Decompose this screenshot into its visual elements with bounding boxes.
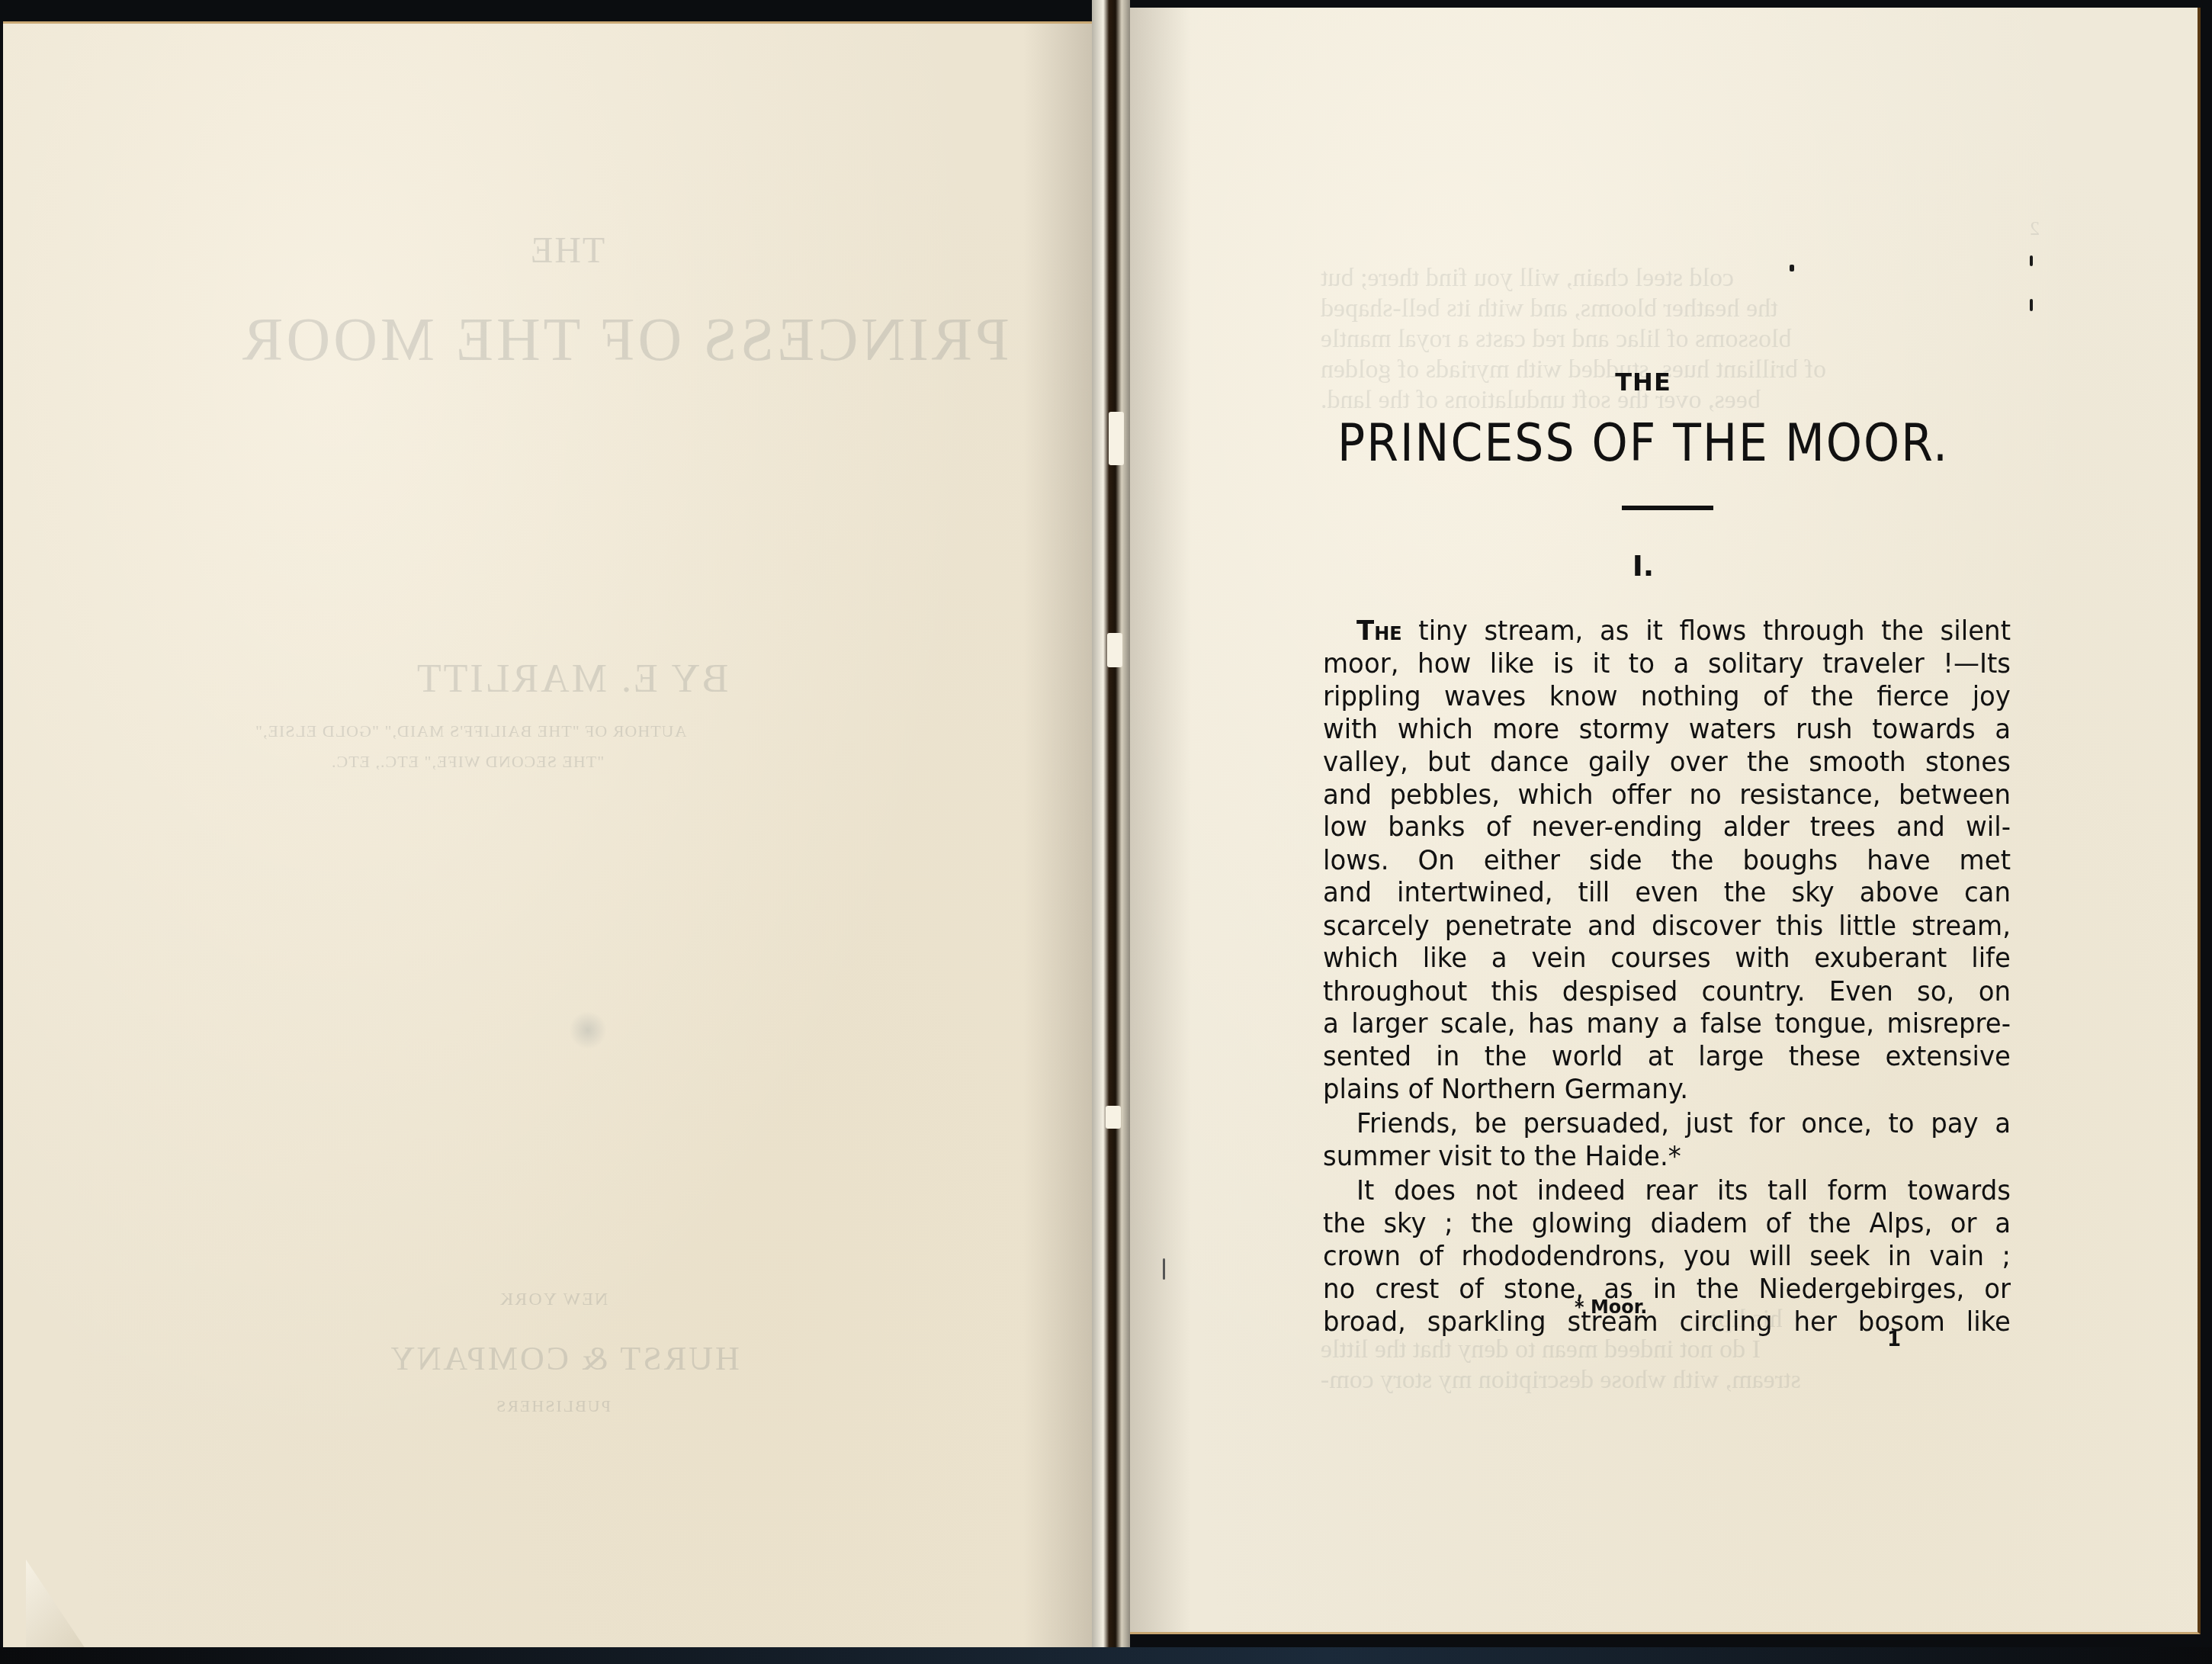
- body-line: a larger scale, has many a false tongue,…: [1323, 1007, 2011, 1040]
- body-line: crown of rhododendrons, you will seek in…: [1323, 1240, 2011, 1273]
- bleed-publisher-sub: PUBLISHERS: [495, 1396, 611, 1416]
- body-line: Friends, be persuaded, just for once, to…: [1323, 1107, 2011, 1140]
- paper-tear: [1107, 633, 1122, 667]
- ink-speck: [1163, 1258, 1165, 1280]
- ink-speck: [1790, 265, 1794, 271]
- ink-speck: [2030, 255, 2033, 266]
- chapter-number: I.: [1323, 549, 1963, 583]
- bleed-title-small: THE: [529, 230, 605, 271]
- folded-corner: [26, 1560, 87, 1651]
- body-line: The tiny stream, as it flows through the…: [1323, 615, 2011, 647]
- body-line: valley, but dance gaily over the smooth …: [1323, 746, 2011, 779]
- title-prefix: THE: [1323, 368, 1963, 397]
- body-line: scarcely penetrate and discover this lit…: [1323, 909, 2011, 942]
- footnote: * Moor.: [1575, 1296, 1647, 1318]
- bleed-author: BY E. MARLITT: [415, 657, 728, 702]
- bleed-credit-line-2: "THE SECOND WIFE," ETC., ETC.: [331, 752, 604, 772]
- body-line: no crest of stone, as in the Niedergebir…: [1323, 1273, 2011, 1306]
- body-line: which like a vein courses with exuberant…: [1323, 942, 2011, 975]
- body-line: and pebbles, which offer no resistance, …: [1323, 779, 2011, 811]
- paper-tear: [1109, 412, 1124, 465]
- bleed-page-number: 2: [2030, 214, 2040, 244]
- body-line: with which more stormy waters rush towar…: [1323, 713, 2011, 746]
- body-line: throughout this despised country. Even s…: [1323, 975, 2011, 1007]
- body-line: It does not indeed rear its tall form to…: [1323, 1174, 2011, 1207]
- body-line: sented in the world at large these exten…: [1323, 1040, 2011, 1073]
- chapter-body: The tiny stream, as it flows through the…: [1323, 615, 2011, 1338]
- body-line: rippling waves know nothing of the fierc…: [1323, 680, 2011, 713]
- book-gutter-spine: [1092, 0, 1130, 1664]
- left-page: THE PRINCESS OF THE MOOR BY E. MARLITT A…: [3, 21, 1092, 1651]
- bleed-line: blossoms of lilac and red casts a royal …: [1321, 324, 1792, 355]
- ink-speck: [2030, 299, 2033, 311]
- paper-tear: [1106, 1106, 1121, 1129]
- title-rule-divider: [1622, 506, 1713, 510]
- bleed-line: I do not indeed mean to deny that the li…: [1321, 1335, 1761, 1365]
- bleed-ornament-icon: [569, 1011, 607, 1049]
- body-line: low banks of never-ending alder trees an…: [1323, 811, 2011, 844]
- body-line: plains of Northern Germany.: [1323, 1073, 2011, 1106]
- bleed-line: the heather blooms, and with its bell-sh…: [1321, 294, 1778, 324]
- book-cover-edge: [0, 1647, 2212, 1664]
- body-line: summer visit to the Haide.*: [1323, 1140, 2011, 1173]
- body-line: the sky ; the glowing diadem of the Alps…: [1323, 1207, 2011, 1240]
- signature-mark: 1: [1887, 1328, 1901, 1351]
- book-title: PRINCESS OF THE MOOR.: [1323, 413, 1963, 473]
- body-line: lows. On either side the boughs have met: [1323, 844, 2011, 877]
- body-line: moor, how like is it to a solitary trave…: [1323, 647, 2011, 680]
- bleed-line: cold steel chain, will you find there; b…: [1321, 263, 1734, 294]
- bleed-credit-line-1: AUTHOR OF "THE BAILIFF'S MAID," "GOLD EL…: [255, 721, 686, 741]
- body-line: broad, sparkling stream circling her bos…: [1323, 1306, 2011, 1338]
- bleed-publisher: HURST & COMPANY: [388, 1339, 740, 1378]
- body-line: and intertwined, till even the sky above…: [1323, 876, 2011, 909]
- bleed-line: stream, with whose description my story …: [1321, 1365, 1801, 1396]
- bleed-city: NEW YORK: [499, 1290, 608, 1310]
- drop-word: The: [1356, 615, 1402, 647]
- bleed-title: PRINCESS OF THE MOOR: [239, 306, 1010, 375]
